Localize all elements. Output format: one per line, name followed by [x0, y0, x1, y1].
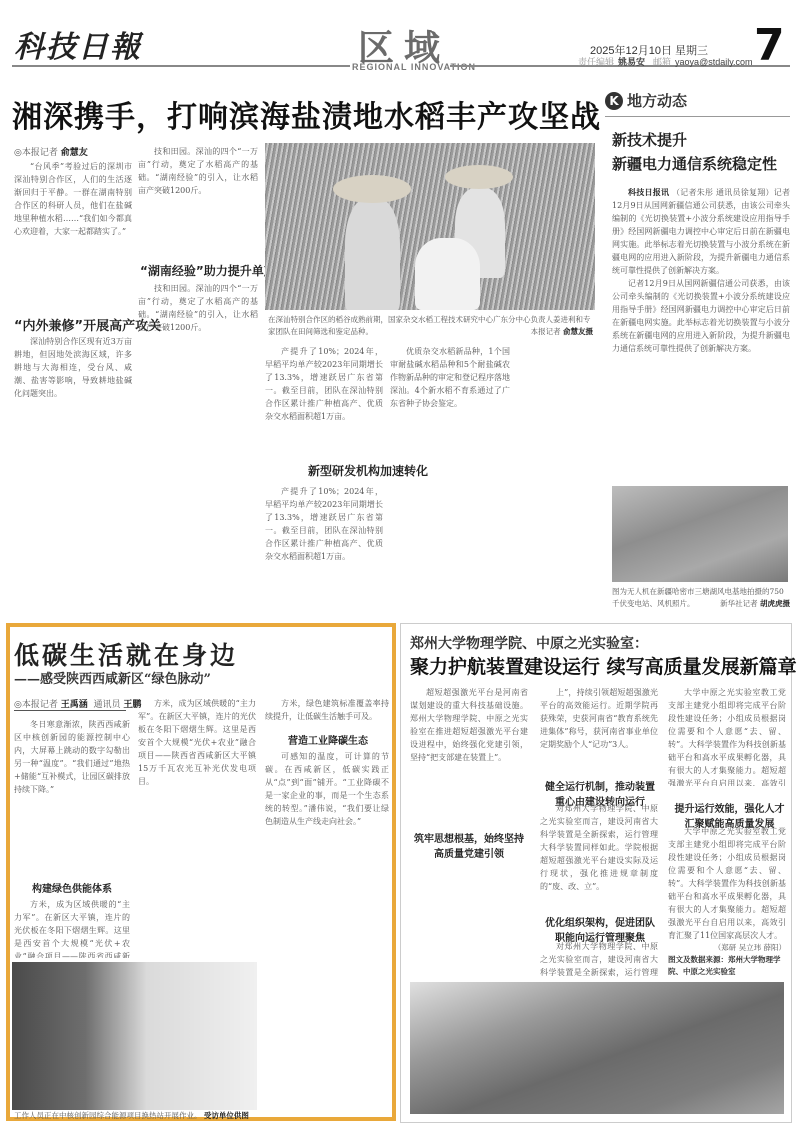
- article1-col1b: 深汕特别合作区现有近3万亩耕地，但因地处滨海区域，许多耕地与大海相连，受台风、咸…: [14, 335, 132, 560]
- article3-col2-text: 上”，持续引领超短超强激光平台的高效能运行。近期学院再获殊荣，史获河南省“教育系…: [540, 686, 658, 751]
- editor-line: 责任编辑姚易安邮箱yaoya@stdaily.com: [578, 55, 753, 68]
- article2-subhead-1: 构建绿色供能体系: [32, 880, 112, 895]
- sidebar-headline-line1: 新技术提升: [612, 128, 777, 152]
- substation-photo-caption: 图为无人机在新疆哈密市三塘湖风电基地拍摄的750千伏变电站、风机照片。 新华社记…: [612, 586, 790, 610]
- article3-col2: 上”，持续引领超短超强激光平台的高效能运行。近期学院再获殊荣，史获河南省“教育系…: [540, 686, 658, 774]
- article3-source: 图文及数据来源：郑州大学物理学院、中原之光实验室: [668, 954, 786, 978]
- article3-headline[interactable]: 聚力护航装置建设运行 续写高质量发展新篇章: [410, 652, 797, 679]
- email-label: 邮箱: [653, 57, 671, 67]
- section-subtitle: REGIONAL INNOVATION: [352, 62, 476, 72]
- editor-label: 责任编辑: [578, 57, 614, 67]
- editor-name: 姚易安: [618, 57, 645, 67]
- article2-col1b: 方米，成为区域供暖的“主力军”。在新区大平镇，连片的光伏板在冬阳下熠熠生辉。这里…: [14, 898, 130, 958]
- credit-name: 受访单位供图: [204, 1111, 249, 1120]
- byline-name: 俞慧友: [61, 148, 88, 158]
- k-badge-icon: K: [605, 92, 623, 110]
- sidebar-headline-line2: 新疆电力通信系统稳定性: [612, 152, 777, 176]
- sidebar-lead: 科技日报讯: [628, 187, 669, 197]
- article2-col1: 冬日寒意渐浓，陕西西咸新区中核创新园的能源控制中心内，大屏幕上跳动的数字勾勒出另…: [14, 718, 130, 868]
- newspaper-logo: 科技日報: [14, 22, 142, 66]
- article1-col2: 技和田园。深汕的四个“一万亩”行动，奠定了水稻高产的基础。“湖南经验”的引入，让…: [138, 145, 258, 235]
- section-label: 地方动态: [627, 90, 687, 111]
- article1-col1: “台风季”考验过后的深圳市深汕特别合作区，人们的生活逐渐回归于平静。一群在湖南特…: [14, 160, 132, 310]
- byline-rule: [14, 710, 126, 711]
- sidebar-reporter: （记者朱彤 通讯员徐复翔）: [672, 188, 774, 197]
- article3-col3b-text: 大学中原之光实验室教工党支部主建党小组即将完成平台阶段性建设任务；小组成员根据岗…: [668, 825, 786, 940]
- substation-photo[interactable]: [612, 486, 788, 582]
- rice-field-photo[interactable]: [265, 143, 595, 310]
- article3-col1-text: 超短超强激光平台是河南省谋划建设的重大科技基础设施。郑州大学物理学院、中原之光实…: [410, 686, 528, 764]
- credit-name: 胡虎虎摄: [760, 599, 790, 608]
- sidebar-text-2: 记者12月9日从国网新疆信通公司获悉，由该公司牵头编制的《光切换装置+小波分系统…: [612, 277, 790, 355]
- article2-col2-text: 方米，成为区域供暖的“主力军”。在新区大平镇，连片的光伏板在冬阳下熠熠生辉。这里…: [138, 697, 256, 788]
- article2-col1b-text: 方米，成为区域供暖的“主力军”。在新区大平镇，连片的光伏板在冬阳下熠熠生辉。这里…: [14, 898, 130, 958]
- sidebar-text: 记者12月9日从国网新疆信通公司获悉，由该公司牵头编制的《光切换装置+小波分系统…: [612, 188, 790, 275]
- article2-headline[interactable]: 低碳生活就在身边: [14, 636, 238, 672]
- article3-col3-text: 大学中原之光实验室教工党支部主建党小组即将完成平台阶段性建设任务；小组成员根据岗…: [668, 686, 786, 786]
- rice-photo-caption: 在深汕特别合作区的稻谷成熟前期，国家杂交水稻工程技术研究中心广东分中心负责人姜进…: [268, 314, 593, 338]
- heat-station-photo[interactable]: [12, 962, 257, 1110]
- article2-subtitle: ——感受陕西西咸新区“绿色脉动”: [14, 668, 211, 687]
- sidebar-rule: [605, 116, 790, 117]
- article2-col3b-text: 可感知的温度，可计算的节碳。在西咸新区，低碳实践正从“点”到“面”铺开。“工业降…: [265, 750, 389, 828]
- article1-col3-text: 产提升了10%；2024年，早稻平均单产较2023年同期增长了13.3%，增速跃…: [265, 345, 383, 423]
- credit-name: 俞慧友摄: [563, 327, 593, 336]
- article1-col2-text: 技和田园。深汕的四个“一万亩”行动，奠定了水稻高产的基础。“湖南经验”的引入，让…: [138, 145, 258, 197]
- caption-text: 工作人员正在中核创新园综合能源项目换热站开展作业。: [14, 1111, 202, 1120]
- byline-prefix-2: 通讯员: [93, 700, 120, 710]
- article2-col2: 方米，成为区域供暖的“主力军”。在新区大平镇，连片的光伏板在冬阳下熠熠生辉。这里…: [138, 697, 256, 959]
- article3-kicker: 郑州大学物理学院、中原之光实验室：: [410, 633, 648, 653]
- article1-col2b-text: 技和田园。深汕的四个“一万亩”行动，奠定了水稻高产的基础。“湖南经验”的引入，让…: [138, 282, 258, 334]
- article1-col4: 优质杂交水稻新品种，1个国审耐盐碱水稻品种和5个耐盐碱农作物新品种的审定和登记程…: [390, 345, 510, 565]
- heat-station-caption: 工作人员正在中核创新园综合能源项目换热站开展作业。 受访单位供图: [14, 1110, 259, 1122]
- article1-col2b: 技和田园。深汕的四个“一万亩”行动，奠定了水稻高产的基础。“湖南经验”的引入，让…: [138, 282, 258, 562]
- article1-col3b: 产提升了10%；2024年，早稻平均单产较2023年同期增长了13.3%，增速跃…: [265, 485, 383, 565]
- article3-col1: 超短超强激光平台是河南省谋划建设的重大科技基础设施。郑州大学物理学院、中原之光实…: [410, 686, 528, 946]
- article2-col3-text: 方米，绿色建筑标准覆盖率持续提升，让低碳生活触手可及。: [265, 697, 389, 723]
- sidebar-body: 科技日报讯 （记者朱彤 通讯员徐复翔）记者12月9日从国网新疆信通公司获悉，由该…: [612, 186, 790, 476]
- masthead-rule-left: [12, 65, 350, 67]
- sidebar-headline[interactable]: 新技术提升 新疆电力通信系统稳定性: [612, 128, 777, 176]
- article1-col4-text: 优质杂交水稻新品种，1个国审耐盐碱水稻品种和5个耐盐碱农作物新品种的审定和登记程…: [390, 345, 510, 410]
- article3-col3: 大学中原之光实验室教工党支部主建党小组即将完成平台阶段性建设任务；小组成员根据岗…: [668, 686, 786, 786]
- article3-col2b: 对郑州大学物理学院、中原之光实验室而言，建设河南省大科学装置是全新探索，运行管理…: [540, 802, 658, 902]
- article1-col1b-text: 深汕特别合作区现有近3万亩耕地，但因地处滨海区域，许多耕地与大海相连，受台风、咸…: [14, 335, 132, 400]
- article3-col2c: 对郑州大学物理学院、中原之光实验室而言，建设河南省大科学装置是全新探索，运行管理…: [540, 940, 658, 980]
- byline-prefix: ◎本报记者: [14, 148, 58, 158]
- article1-subhead-2: “湖南经验”助力提升单产: [140, 262, 276, 279]
- article3-col2b-text: 对郑州大学物理学院、中原之光实验室而言，建设河南省大科学装置是全新探索，运行管理…: [540, 802, 658, 893]
- page-number: 7: [754, 24, 785, 68]
- article2-col1-text: 冬日寒意渐浓，陕西西咸新区中核创新园的能源控制中心内，大屏幕上跳动的数字勾勒出另…: [14, 718, 130, 796]
- article3-col2c-text: 对郑州大学物理学院、中原之光实验室而言，建设河南省大科学装置是全新探索，运行管理…: [540, 940, 658, 980]
- editor-email[interactable]: yaoya@stdaily.com: [675, 57, 753, 67]
- byline-prefix: ◎本报记者: [14, 700, 58, 710]
- article2-col3: 方米，绿色建筑标准覆盖率持续提升，让低碳生活触手可及。: [265, 697, 389, 727]
- article1-headline[interactable]: 湘深携手，打响滨海盐渍地水稻丰产攻坚战: [12, 92, 601, 136]
- article1-col3b-text: 产提升了10%；2024年，早稻平均单产较2023年同期增长了13.3%，增速跃…: [265, 485, 383, 563]
- article2-subhead-2: 营造工业降碳生态: [288, 732, 368, 747]
- article2-col3b: 可感知的温度，可计算的节碳。在西咸新区，低碳实践正从“点”到“面”铺开。“工业降…: [265, 750, 389, 1050]
- credit-label: 本报记者: [531, 327, 561, 336]
- article1-byline: ◎本报记者 俞慧友: [14, 145, 88, 158]
- article1-col1-text: “台风季”考验过后的深圳市深汕特别合作区，人们的生活逐渐回归于平静。一群在湖南特…: [14, 160, 132, 238]
- local-news-header: K 地方动态: [605, 90, 687, 111]
- campus-aerial-photo[interactable]: [410, 982, 784, 1114]
- article3-credit: （郑研 吴立玮 薛阳）: [668, 942, 786, 954]
- article2-byline: ◎本报记者 王禹涵 通讯员 王鹏: [14, 697, 141, 710]
- article3-col3b: 大学中原之光实验室教工党支部主建党小组即将完成平台阶段性建设任务；小组成员根据岗…: [668, 825, 786, 940]
- byline-name: 王禹涵: [61, 700, 88, 710]
- credit-label: 新华社记者: [720, 599, 758, 608]
- article1-col3: 产提升了10%；2024年，早稻平均单产较2023年同期增长了13.3%，增速跃…: [265, 345, 383, 455]
- article3-subhead-2: 筑牢思想根基，始终坚持高质量党建引领: [410, 830, 528, 860]
